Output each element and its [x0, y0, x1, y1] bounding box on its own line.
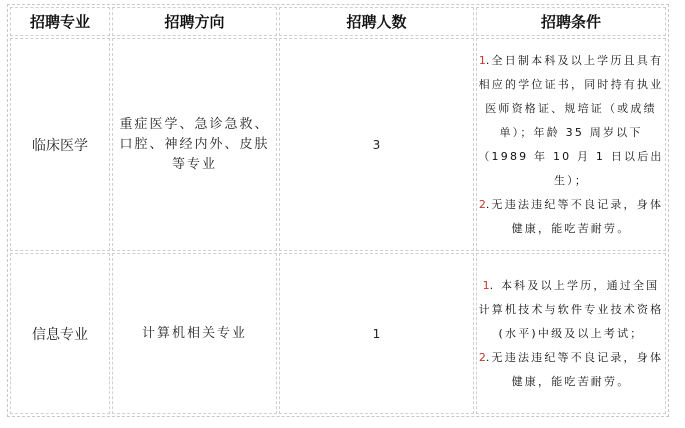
header-direction: 招聘方向 — [112, 7, 277, 36]
header-count: 招聘人数 — [279, 7, 474, 36]
condition-text: .全日制本科及以上学历且具有相应的学位证书，同时持有执业医师资格证、规培证（或成… — [478, 54, 663, 187]
condition-item: 1.全日制本科及以上学历且具有相应的学位证书，同时持有执业医师资格证、规培证（或… — [477, 49, 665, 193]
header-row: 招聘专业 招聘方向 招聘人数 招聘条件 — [10, 7, 666, 36]
table-row: 信息专业 计算机相关专业 1 1. 本科及以上学历，通过全国计算机技术与软件专业… — [10, 253, 666, 414]
header-conditions: 招聘条件 — [476, 7, 666, 36]
cell-major: 信息专业 — [10, 253, 110, 414]
condition-text: .无违法违纪等不良记录，身体健康，能吃苦耐劳。 — [486, 198, 663, 235]
condition-text: .无违法违纪等不良记录，身体健康，能吃苦耐劳。 — [486, 351, 663, 388]
cell-conditions: 1. 本科及以上学历，通过全国计算机技术与软件专业技术资格(水平)中级及以上考试… — [476, 253, 666, 414]
condition-item: 2.无违法违纪等不良记录，身体健康，能吃苦耐劳。 — [477, 193, 665, 241]
cell-direction: 重症医学、急诊急救、口腔、神经内外、皮肤等专业 — [112, 38, 277, 251]
table-row: 临床医学 重症医学、急诊急救、口腔、神经内外、皮肤等专业 3 1.全日制本科及以… — [10, 38, 666, 251]
recruitment-table: 招聘专业 招聘方向 招聘人数 招聘条件 临床医学 重症医学、急诊急救、口腔、神经… — [7, 4, 669, 417]
condition-item: 1. 本科及以上学历，通过全国计算机技术与软件专业技术资格(水平)中级及以上考试… — [477, 274, 665, 346]
condition-number: 1 — [483, 279, 490, 292]
cell-major: 临床医学 — [10, 38, 110, 251]
header-major: 招聘专业 — [10, 7, 110, 36]
condition-number: 2 — [479, 198, 486, 211]
cell-count: 3 — [279, 38, 474, 251]
cell-direction: 计算机相关专业 — [112, 253, 277, 414]
condition-text: . 本科及以上学历，通过全国计算机技术与软件专业技术资格(水平)中级及以上考试； — [479, 279, 664, 340]
condition-number: 1 — [479, 54, 486, 67]
cell-count: 1 — [279, 253, 474, 414]
cell-conditions: 1.全日制本科及以上学历且具有相应的学位证书，同时持有执业医师资格证、规培证（或… — [476, 38, 666, 251]
condition-item: 2.无违法违纪等不良记录，身体健康，能吃苦耐劳。 — [477, 346, 665, 394]
condition-number: 2 — [479, 351, 486, 364]
